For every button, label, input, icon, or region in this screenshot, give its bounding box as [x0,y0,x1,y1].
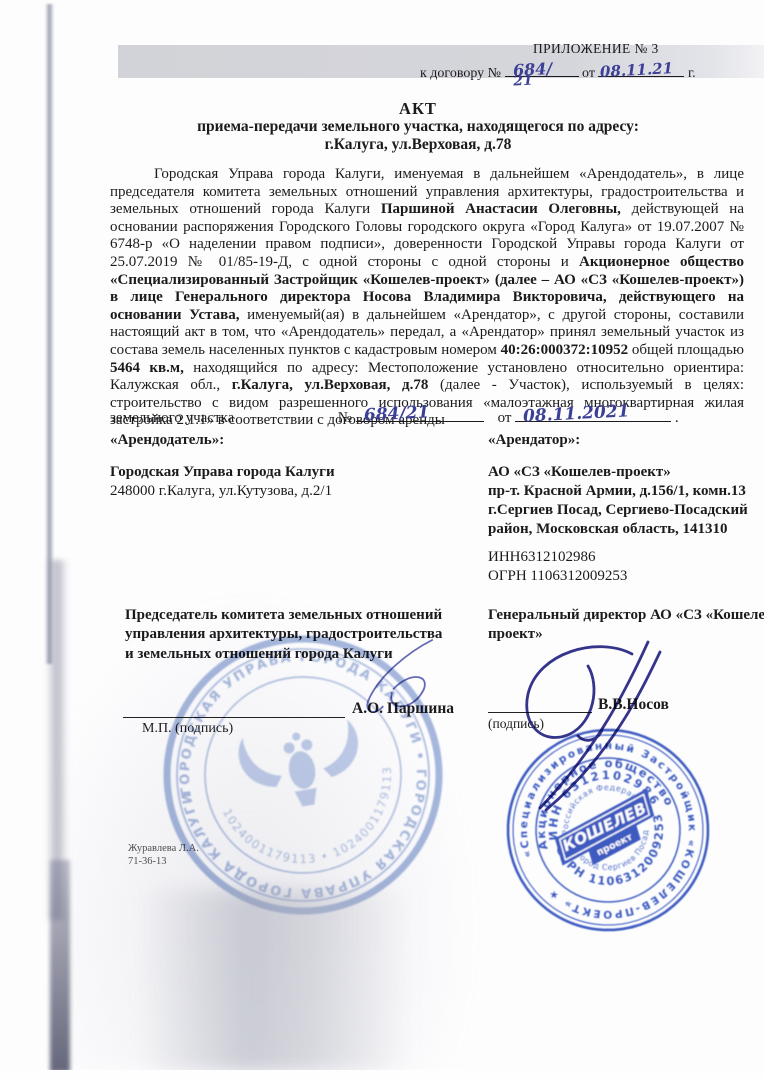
agreement-number-handwritten: 684/21 [363,402,429,425]
landlord-details: Городская Управа города Калуги 248000 г.… [110,463,450,501]
agreement-date-handwritten: 08.11.2021 [523,401,630,427]
body-last-line: земельного участка № 684/21 от 08.11.202… [110,403,750,427]
title-akt: АКТ [110,100,726,118]
eagle-emblem [236,718,368,816]
page-fold-line-bottom [50,860,70,1072]
contract-date-handwritten: 08.11.21 [600,59,674,81]
tenant-signatory-title-line1: Генеральный директор АО «СЗ «Кошелев- [488,606,764,625]
tenant-ogrn: ОГРН 1106312009253 [488,567,764,586]
body-seg6-bold: 40:26:000372:10952 [501,342,629,358]
appendix-label: ПРИЛОЖЕНИЕ № 3 [533,41,659,57]
contract-number-denominator-handwritten: 21 [512,72,532,79]
scanner-edge-strip [0,1070,764,1080]
body-seg10-bold: г.Калуга, ул.Верховая, д.78 [232,377,429,393]
landlord-name: Городская Управа города Калуги [110,463,450,482]
contract-reference-line: к договору № 684/ 21 от 08.11.21 г. [420,58,696,82]
title-subject: приема-передачи земельного участка, нахо… [110,118,726,136]
tenant-name: АО «СЗ «Кошелев-проект» [488,463,764,482]
agreement-number-blank: 684/21 [356,403,484,422]
spacer [488,539,764,548]
to-contract-label: к договору № [420,66,501,81]
tenant-address-line1: пр-т. Красной Армии, д.156/1, комн.13 [488,482,764,501]
tenant-label: «Арендатор»: [488,432,580,449]
landlord-address: 248000 г.Калуга, ул.Кутузова, д.2/1 [110,482,450,501]
tenant-address-line3: район, Московская область, 141310 [488,520,764,539]
last-from-label: от [498,410,512,426]
year-suffix: г. [688,66,696,81]
number-sign: № [338,410,352,426]
body-seg2-bold: Паршиной Анастасии Олеговны, [381,201,621,217]
from-label: от [582,66,595,81]
landlord-label: «Арендодатель»: [110,432,224,449]
title-address: г.Калуга, ул.Верховая, д.78 [110,136,726,154]
body-seg7: общей площадью [628,342,744,358]
scanned-document-page: ПРИЛОЖЕНИЕ № 3 к договору № 684/ 21 от 0… [0,0,764,1080]
tenant-details: АО «СЗ «Кошелев-проект» пр-т. Красной Ар… [488,463,764,586]
body-paragraph: Городская Управа города Калуги, именуема… [110,166,744,430]
last-period: . [675,410,679,426]
last-line-label: земельного участка [110,410,234,426]
tenant-inn: ИНН6312102986 [488,548,764,567]
contract-date-blank: 08.11.21 [598,58,684,77]
scan-soft-band-bottom [140,890,410,1072]
agreement-date-blank: 08.11.2021 [515,403,671,422]
tenant-address-line2: г.Сергиев Посад, Сергиево-Посадский [488,501,764,520]
document-title-block: АКТ приема-передачи земельного участка, … [110,100,726,154]
contract-number-blank: 684/ 21 [505,58,579,77]
body-seg8-bold: 5464 кв.м, [110,360,184,376]
